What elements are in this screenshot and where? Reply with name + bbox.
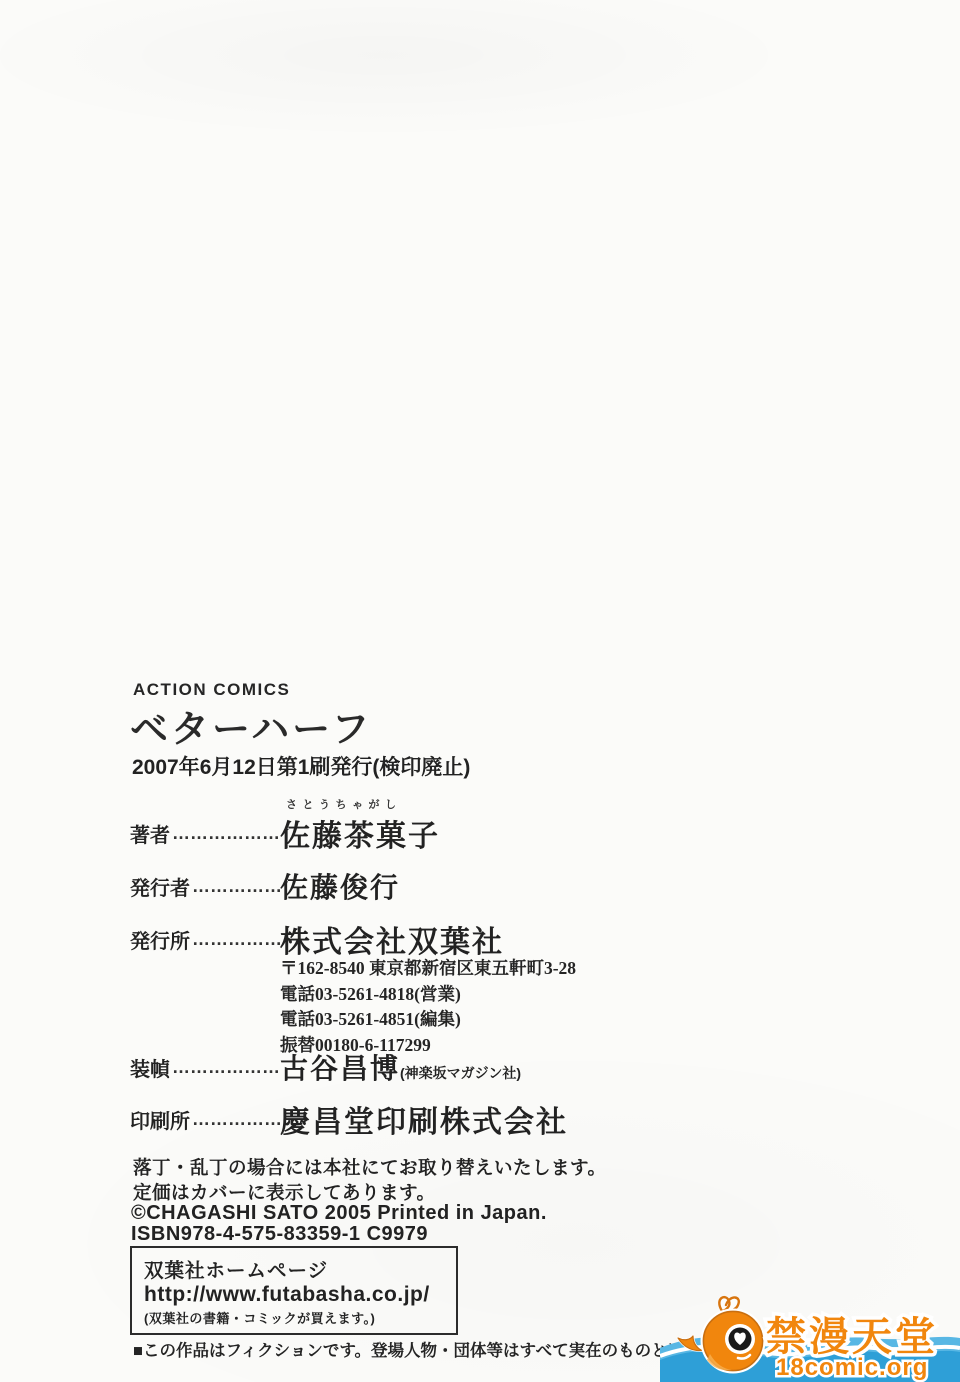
author-furigana: さとうちゃがし (286, 796, 402, 812)
dot-leader: …………………… (170, 1057, 280, 1078)
row-author-label-cell: 著者 …………………… (130, 819, 280, 848)
issuer-name: 佐藤俊行 (280, 872, 400, 903)
row-printer: 印刷所 …………………… 慶昌堂印刷株式会社 (130, 1097, 568, 1141)
binding-designer-affiliation: (神楽坂マガジン社) (400, 1065, 521, 1081)
row-publisher: 発行所 …………………… 株式会社双葉社 (130, 917, 504, 961)
publisher-phone-editorial: 電話03-5261-4851(編集) (280, 1007, 576, 1033)
watermark-site-url: 18comic.org (776, 1354, 928, 1381)
homepage-url: http://www.futabasha.co.jp/ (144, 1283, 444, 1307)
publisher-name: 株式会社双葉社 (280, 926, 504, 959)
imprint-label: ACTION COMICS (133, 680, 290, 700)
isbn-line: ISBN978-4-575-83359-1 C9979 (131, 1223, 428, 1246)
watermark-site-name: 禁漫天堂 (766, 1315, 938, 1359)
homepage-box-title: 双葉社ホームページ (144, 1255, 444, 1283)
colophon-page: ACTION COMICS ベターハーフ 2007年6月12日第1刷発行(検印廃… (0, 0, 960, 1382)
row-binding-value-cell: 古谷昌博(神楽坂マガジン社) (280, 1047, 521, 1087)
dot-leader: …………………… (190, 929, 280, 950)
notice-replacement: 落丁・乱丁の場合には本社にてお取り替えいたします。 (133, 1156, 607, 1181)
row-binding-label: 装幀 (130, 1053, 170, 1082)
homepage-note: (双葉社の書籍・コミックが買えます。) (144, 1308, 444, 1327)
row-publisher-label: 発行所 (130, 925, 190, 954)
row-binding-label-cell: 装幀 …………………… (130, 1053, 280, 1082)
row-issuer-value-cell: 佐藤俊行 (280, 866, 400, 906)
row-issuer-label-cell: 発行者 …………………… (130, 872, 280, 901)
print-edition-info: 2007年6月12日第1刷発行(検印廃止) (132, 751, 470, 781)
publisher-address: 〒162-8540 東京都新宿区東五軒町3-28 (280, 956, 576, 982)
dot-leader: …………………… (190, 1109, 280, 1130)
row-issuer: 発行者 …………………… 佐藤俊行 (130, 866, 400, 906)
row-author-label: 著者 (130, 819, 170, 848)
dot-leader: …………………… (190, 876, 280, 897)
binding-designer-name: 古谷昌博 (280, 1053, 400, 1084)
dot-leader: …………………… (170, 823, 280, 844)
row-printer-label-cell: 印刷所 …………………… (130, 1105, 280, 1134)
row-publisher-value-cell: 株式会社双葉社 (280, 917, 504, 961)
row-binding: 装幀 …………………… 古谷昌博(神楽坂マガジン社) (130, 1047, 521, 1087)
row-issuer-label: 発行者 (130, 872, 190, 901)
row-printer-value-cell: 慶昌堂印刷株式会社 (280, 1097, 568, 1141)
publisher-phone-sales: 電話03-5261-4818(営業) (280, 982, 576, 1008)
row-printer-label: 印刷所 (130, 1105, 190, 1134)
copyright-line: ©CHAGASHI SATO 2005 Printed in Japan. (131, 1202, 547, 1225)
author-name: 佐藤茶菓子 (280, 820, 440, 853)
row-author: 著者 …………………… さとうちゃがし 佐藤茶菓子 (130, 811, 440, 855)
row-publisher-label-cell: 発行所 …………………… (130, 925, 280, 954)
homepage-box: 双葉社ホームページ http://www.futabasha.co.jp/ (双… (130, 1246, 458, 1335)
book-title: ベターハーフ (130, 698, 372, 753)
notices: 落丁・乱丁の場合には本社にてお取り替えいたします。 定価はカバーに表示してありま… (133, 1156, 607, 1205)
watermark: 禁漫天堂 18comic.org (660, 1280, 960, 1382)
row-author-value-cell: さとうちゃがし 佐藤茶菓子 (280, 811, 440, 855)
printer-name: 慶昌堂印刷株式会社 (280, 1106, 568, 1139)
publisher-details: 〒162-8540 東京都新宿区東五軒町3-28 電話03-5261-4818(… (280, 956, 576, 1058)
